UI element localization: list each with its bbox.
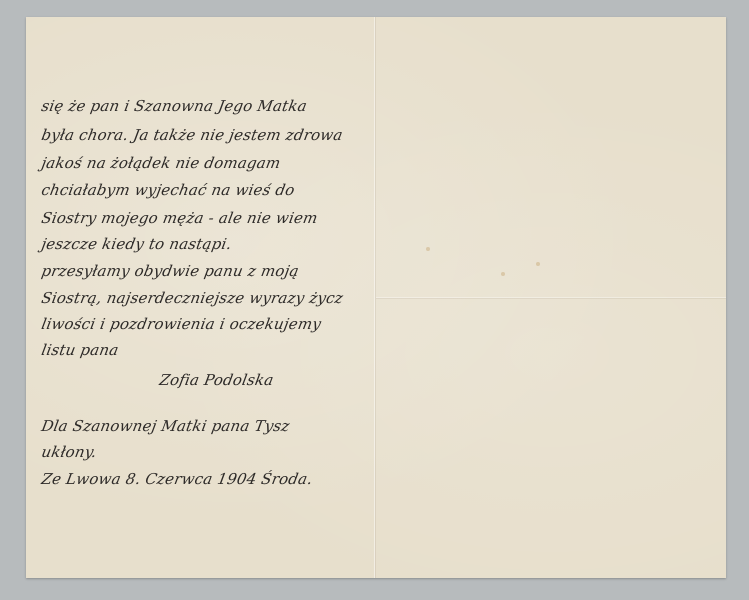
dateline: Ze Lwowa 8. Czerwca 1904 Środa. [40,470,314,488]
paper-stain [501,272,505,276]
letter-line: Siostry mojego męża - ale nie wiem [40,209,319,227]
horizontal-fold-crease [376,297,726,298]
postscript-line: Dla Szanownej Matki pana Tysz [40,417,291,435]
paper-stain [536,262,540,266]
letter-line: jakoś na żołądek nie domagam [40,154,282,172]
letter-line: liwości i pozdrowienia i oczekujemy [40,315,323,333]
letter-line: Siostrą, najserdeczniejsze wyrazy życz [40,289,345,307]
vertical-fold-crease [374,17,375,578]
letter-line: listu pana [40,341,120,359]
letter-paper: się że pan i Szanowna Jego Matka była ch… [26,17,726,578]
letter-line: chciałabym wyjechać na wieś do [40,181,296,199]
postscript-line: ukłony. [40,443,98,461]
signature: Zofia Podolska [158,371,275,389]
letter-line: jeszcze kiedy to nastąpi. [40,235,233,253]
paper-stain [426,247,430,251]
letter-line: się że pan i Szanowna Jego Matka [40,97,308,115]
letter-line: była chora. Ja także nie jestem zdrowa [40,126,344,144]
letter-line: przesyłamy obydwie panu z moją [40,262,300,280]
